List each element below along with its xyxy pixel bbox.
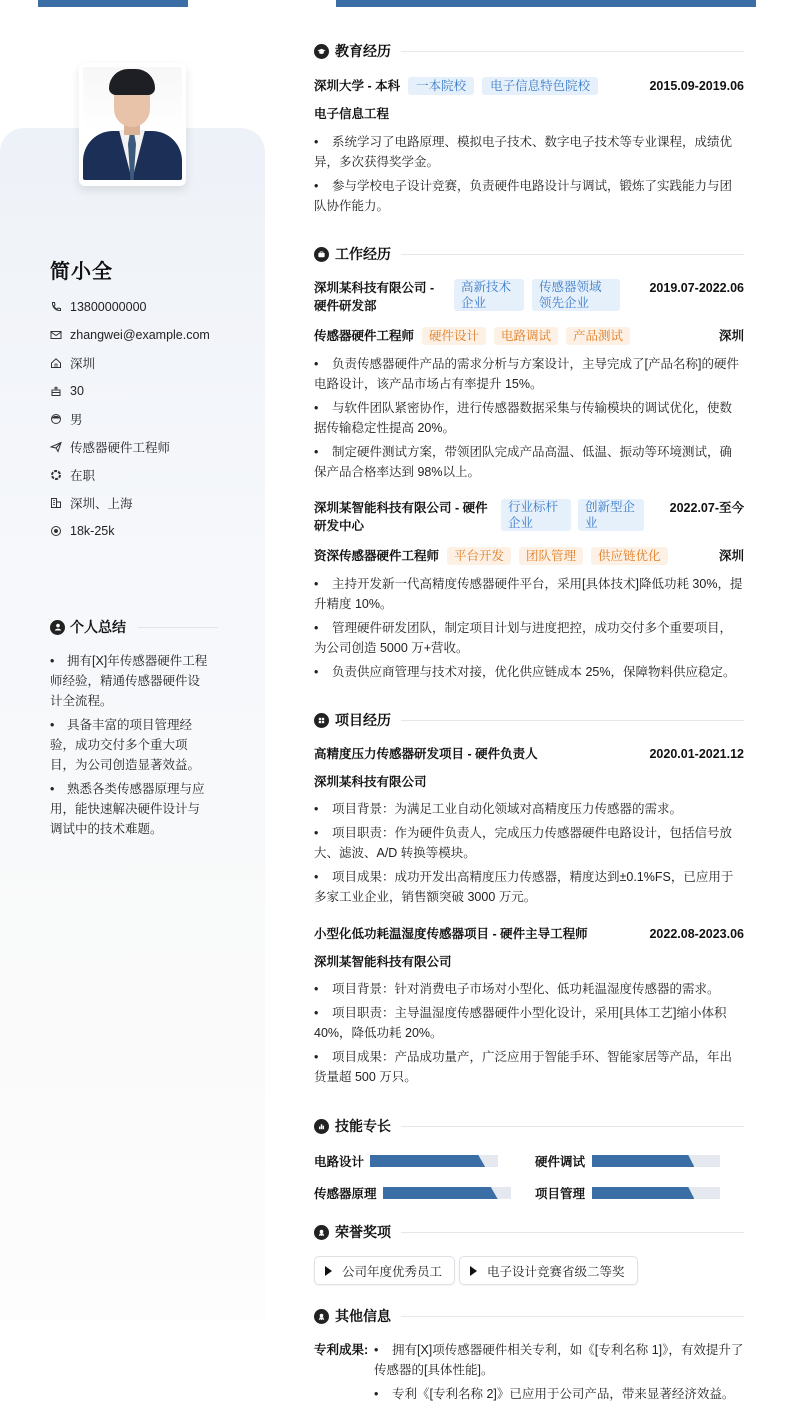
- section-divider: [138, 627, 218, 628]
- patent-label: 专利成果:: [314, 1340, 368, 1360]
- info-salary: 18k-25k: [50, 517, 210, 545]
- skill-tag: 产品测试: [566, 327, 630, 345]
- bullet-item: •项目职责：主导温湿度传感器硬件小型化设计，采用[具体工艺]缩小体积 40%，降…: [314, 1003, 744, 1043]
- skill-bar: [592, 1155, 720, 1167]
- graduation-cap-icon: [314, 44, 329, 59]
- skill-tag: 硬件设计: [422, 327, 486, 345]
- bullet-item: •项目成果：产品成功量产，广泛应用于智能手环、智能家居等产品，年出货量超 500…: [314, 1047, 744, 1087]
- job-bullets: •负责传感器硬件产品的需求分析与方案设计，主导完成了[产品名称]的硬件电路设计，…: [314, 354, 744, 486]
- job-entry-header: 深圳某科技有限公司 -硬件研发部 高新技术企业 传感器领域领先企业 2019.0…: [314, 279, 744, 315]
- contact-info-list: 13800000000 zhangwei@example.com 深圳 30 男…: [50, 293, 210, 545]
- education-heading: 教育经历: [314, 41, 744, 61]
- project-company: 深圳某科技有限公司: [314, 773, 744, 791]
- work-heading: 工作经历: [314, 244, 744, 264]
- project-company: 深圳某智能科技有限公司: [314, 953, 744, 971]
- home-icon: [50, 357, 62, 369]
- bullet-item: •专利《[专利名称 2]》已应用于公司产品，带来显著经济效益。: [374, 1384, 744, 1404]
- award-icon: [314, 1225, 329, 1240]
- skill-bar-fill: [592, 1155, 694, 1167]
- grid-icon: [314, 713, 329, 728]
- skill-tag: 平台开发: [447, 547, 511, 565]
- summary-item: •熟悉各类传感器原理与应用，能快速解决硬件设计与调试中的技术难题。: [50, 779, 210, 839]
- project-entry-header: 小型化低功耗温湿度传感器项目 - 硬件主导工程师 2022.08-2023.06: [314, 925, 744, 943]
- info-position: 传感器硬件工程师: [50, 433, 210, 461]
- skill-bar: [383, 1187, 511, 1199]
- skill-tag: 团队管理: [519, 547, 583, 565]
- header-accent-bar-right: [336, 0, 756, 7]
- avatar: [79, 63, 186, 186]
- patent-list: •拥有[X]项传感器硬件相关专利，如《[专利名称 1]》，有效提升了传感器的[具…: [374, 1340, 744, 1408]
- info-email: zhangwei@example.com: [50, 321, 210, 349]
- education-bullets: •系统学习了电路原理、模拟电子技术、数字电子技术等专业课程，成绩优异，多次获得奖…: [314, 132, 744, 220]
- project-name: 小型化低功耗温湿度传感器项目 - 硬件主导工程师: [314, 925, 588, 943]
- skill-bar-fill: [370, 1155, 485, 1167]
- bullet-item: •拥有[X]项传感器硬件相关专利，如《[专利名称 1]》，有效提升了传感器的[具…: [374, 1340, 744, 1380]
- summary-list: •拥有[X]年传感器硬件工程师经验，精通传感器硬件设计全流程。 •具备丰富的项目…: [50, 651, 210, 843]
- project-date: 2020.01-2021.12: [649, 745, 744, 763]
- company-name: 深圳某智能科技有限公司 - 硬件研发中心: [314, 499, 494, 535]
- user-icon: [50, 620, 65, 635]
- section-divider: [401, 51, 744, 52]
- award-item: 公司年度优秀员工: [314, 1256, 455, 1285]
- bullet-item: •主持开发新一代高精度传感器硬件平台，采用[具体技术]降低功耗 30%，提升精度…: [314, 574, 744, 614]
- project-date: 2022.08-2023.06: [649, 925, 744, 943]
- info-status: 在职: [50, 461, 210, 489]
- job-date: 2019.07-2022.06: [649, 279, 744, 297]
- job-bullets: •主持开发新一代高精度传感器硬件平台，采用[具体技术]降低功耗 30%，提升精度…: [314, 574, 744, 686]
- salary-icon: [50, 525, 62, 537]
- bullet-item: •管理硬件研发团队，制定项目计划与进度把控，成功交付多个重要项目，为公司创造 5…: [314, 618, 744, 658]
- job-role-row: 传感器硬件工程师 硬件设计 电路调试 产品测试 深圳: [314, 327, 744, 345]
- company-tag: 高新技术企业: [454, 279, 524, 311]
- job-date: 2022.07-至今: [670, 499, 744, 517]
- project-entry-header: 高精度压力传感器研发项目 - 硬件负责人 2020.01-2021.12: [314, 745, 744, 763]
- info-age: 30: [50, 377, 210, 405]
- award-item: 电子设计竞赛省级二等奖: [459, 1256, 638, 1285]
- section-divider: [401, 1126, 744, 1127]
- phone-icon: [50, 301, 62, 313]
- bullet-item: •项目职责：作为硬件负责人，完成压力传感器硬件电路设计，包括信号放大、滤波、A/…: [314, 823, 744, 863]
- header-accent-bar-left: [38, 0, 188, 7]
- job-role: 资深传感器硬件工程师: [314, 547, 439, 565]
- skill-item: 项目管理: [535, 1184, 720, 1202]
- skill-tag: 电路调试: [494, 327, 558, 345]
- bullet-item: •项目成果：成功开发出高精度压力传感器，精度达到±0.1%FS，已应用于多家工业…: [314, 867, 744, 907]
- gender-icon: [50, 413, 62, 425]
- job-location: 深圳: [719, 547, 744, 565]
- school-tag: 电子信息特色院校: [482, 77, 598, 95]
- skill-tag: 供应链优化: [591, 547, 668, 565]
- job-role-row: 资深传感器硬件工程师 平台开发 团队管理 供应链优化 深圳: [314, 547, 744, 565]
- skill-item: 硬件调试: [535, 1152, 720, 1170]
- bullet-item: •参与学校电子设计竞赛，负责硬件电路设计与调试，锻炼了实践能力与团队协作能力。: [314, 176, 744, 216]
- status-icon: [50, 469, 62, 481]
- skill-item: 电路设计: [314, 1152, 498, 1170]
- bullet-item: •项目背景：针对消费电子市场对小型化、低功耗温湿度传感器的需求。: [314, 979, 744, 999]
- job-location: 深圳: [719, 327, 744, 345]
- age-icon: [50, 385, 62, 397]
- summary-item: •具备丰富的项目管理经验，成功交付多个重大项目，为公司创造显著效益。: [50, 715, 210, 775]
- awards-heading: 荣誉奖项: [314, 1222, 744, 1242]
- school-tag: 一本院校: [408, 77, 474, 95]
- other-heading: 其他信息: [314, 1306, 744, 1326]
- mail-icon: [50, 329, 62, 341]
- skill-bar: [592, 1187, 720, 1199]
- company-tag: 传感器领域领先企业: [532, 279, 620, 311]
- info-location: 深圳、上海: [50, 489, 210, 517]
- project-name: 高精度压力传感器研发项目 - 硬件负责人: [314, 745, 538, 763]
- briefcase-icon: [314, 247, 329, 262]
- skills-heading: 技能专长: [314, 1116, 744, 1136]
- section-divider: [401, 254, 744, 255]
- school-name: 深圳大学 - 本科: [314, 77, 400, 95]
- company-tag: 行业标杆企业: [501, 499, 571, 531]
- skill-bar-fill: [383, 1187, 498, 1199]
- info-icon: [314, 1309, 329, 1324]
- candidate-name: 简小全: [50, 255, 113, 284]
- bullet-item: •负责传感器硬件产品的需求分析与方案设计，主导完成了[产品名称]的硬件电路设计，…: [314, 354, 744, 394]
- info-city: 深圳: [50, 349, 210, 377]
- job-entry-header: 深圳某智能科技有限公司 - 硬件研发中心 行业标杆企业 创新型企业 2022.0…: [314, 499, 744, 535]
- section-divider: [401, 720, 744, 721]
- company-tag: 创新型企业: [578, 499, 644, 531]
- education-date: 2015.09-2019.06: [649, 77, 744, 95]
- info-gender: 男: [50, 405, 210, 433]
- send-icon: [50, 441, 62, 453]
- section-divider: [401, 1232, 744, 1233]
- skill-item: 传感器原理: [314, 1184, 511, 1202]
- triangle-right-icon: [470, 1266, 477, 1276]
- summary-item: •拥有[X]年传感器硬件工程师经验，精通传感器硬件设计全流程。: [50, 651, 210, 711]
- skill-bar-fill: [592, 1187, 694, 1199]
- bullet-item: •与软件团队紧密协作，进行传感器数据采集与传输模块的调试优化，使数据传输稳定性提…: [314, 398, 744, 438]
- bullet-item: •负责供应商管理与技术对接，优化供应链成本 25%，保障物料供应稳定。: [314, 662, 744, 682]
- project-bullets: •项目背景：为满足工业自动化领域对高精度压力传感器的需求。 •项目职责：作为硬件…: [314, 799, 744, 911]
- project-bullets: •项目背景：针对消费电子市场对小型化、低功耗温湿度传感器的需求。 •项目职责：主…: [314, 979, 744, 1091]
- building-icon: [50, 497, 62, 509]
- education-entry-header: 深圳大学 - 本科 一本院校 电子信息特色院校 2015.09-2019.06: [314, 77, 744, 95]
- projects-heading: 项目经历: [314, 710, 744, 730]
- company-name: 深圳某科技有限公司 -硬件研发部: [314, 279, 444, 315]
- avatar-photo: [83, 67, 182, 180]
- major: 电子信息工程: [314, 105, 744, 123]
- skill-bar: [370, 1155, 498, 1167]
- triangle-right-icon: [325, 1266, 332, 1276]
- job-role: 传感器硬件工程师: [314, 327, 414, 345]
- bullet-item: •项目背景：为满足工业自动化领域对高精度压力传感器的需求。: [314, 799, 744, 819]
- section-divider: [401, 1316, 744, 1317]
- info-phone: 13800000000: [50, 293, 210, 321]
- bar-chart-icon: [314, 1119, 329, 1134]
- bullet-item: •系统学习了电路原理、模拟电子技术、数字电子技术等专业课程，成绩优异，多次获得奖…: [314, 132, 744, 172]
- summary-heading: 个人总结: [50, 617, 218, 637]
- bullet-item: •制定硬件测试方案，带领团队完成产品高温、低温、振动等环境测试，确保产品合格率达…: [314, 442, 744, 482]
